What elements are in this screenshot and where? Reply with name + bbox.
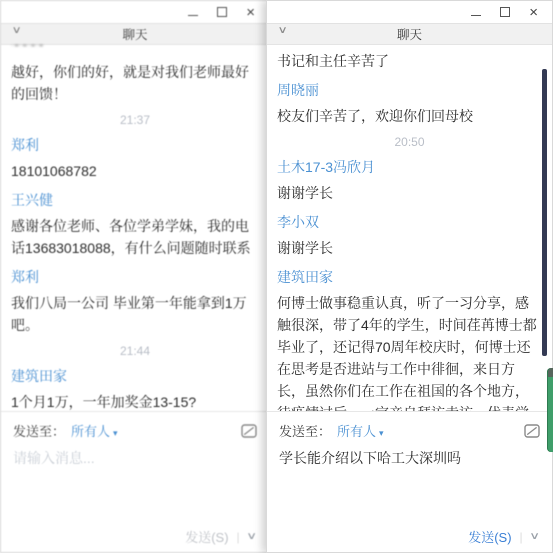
timestamp: 21:37	[11, 113, 259, 127]
send-to-label: 发送至：	[279, 421, 331, 440]
titlebar: ∨ 聊天	[1, 23, 269, 45]
message-text: 我们八局一公司 毕业第一年能拿到1万吧。	[11, 292, 259, 336]
maximize-icon[interactable]	[217, 7, 227, 17]
dropdown-arrow-icon: ▾	[113, 428, 118, 438]
send-divider: |	[237, 530, 240, 544]
message-text: 校友们辛苦了，欢迎你们回母校	[277, 105, 542, 127]
send-options-chevron-icon[interactable]: ∨	[529, 531, 540, 542]
sender-name[interactable]: 李小双	[277, 212, 542, 232]
message-text: 1个月1万，一年加奖金13-15?	[11, 391, 259, 411]
message-input[interactable]: 请输入消息...	[1, 440, 269, 476]
titlebar: ∨ 聊天	[267, 23, 552, 45]
message-text: 感谢各位老师、各位学弟学妹，我的电话13683018088，有什么问题随时联系	[11, 215, 259, 259]
minimize-icon[interactable]	[188, 15, 198, 16]
message-text: 书记和主任辛苦了	[277, 50, 542, 72]
chat-window-right: × ∨ 聊天 书记和主任辛苦了周晓丽校友们辛苦了，欢迎你们回母校20:50土木1…	[266, 0, 553, 553]
message-text: 18101068782	[11, 160, 259, 182]
window-title: 聊天	[397, 25, 422, 43]
message-input[interactable]: 学长能介绍以下哈工大深圳吗	[267, 440, 552, 476]
message-text: 谢谢学长	[277, 182, 542, 204]
send-options-chevron-icon[interactable]: ∨	[246, 531, 257, 542]
close-icon[interactable]: ×	[246, 5, 255, 20]
maximize-icon[interactable]	[500, 7, 510, 17]
dropdown-arrow-icon: ▾	[379, 428, 384, 438]
cutoff-message: ~~ ~ ~~~~~~ ~~~~~~ ~~~~~~ ~~~ ~~~~~~~	[11, 45, 259, 56]
recipient-dropdown[interactable]: 所有人▾	[71, 421, 118, 440]
timestamp: 20:50	[277, 135, 542, 149]
message-text: 越好，你们的好，就是对我们老师最好的回馈！	[11, 61, 259, 105]
window-controls: ×	[267, 1, 552, 23]
sender-name[interactable]: 周晓丽	[277, 80, 542, 100]
close-icon[interactable]: ×	[529, 5, 538, 20]
collapse-chevron-icon[interactable]: ∨	[12, 25, 22, 36]
collapse-chevron-icon[interactable]: ∨	[278, 25, 288, 36]
sender-name[interactable]: 建筑田家	[11, 366, 259, 386]
send-divider: |	[520, 530, 523, 544]
sender-name[interactable]: 建筑田家	[277, 267, 542, 287]
minimize-icon[interactable]	[471, 15, 481, 16]
chat-window-left: × ∨ 聊天 ~~ ~ ~~~~~~ ~~~~~~ ~~~~~~ ~~~ ~~~…	[0, 0, 270, 553]
sender-name[interactable]: 郑利	[11, 267, 259, 287]
sender-name[interactable]: 土木17-3冯欣月	[277, 157, 542, 177]
sender-name[interactable]: 郑利	[11, 135, 259, 155]
composer: 发送至： 所有人▾ 学长能介绍以下哈工大深圳吗 发送(S) | ∨	[267, 411, 552, 552]
timestamp: 21:44	[11, 344, 259, 358]
send-button[interactable]: 发送(S)	[185, 527, 228, 546]
recipient-dropdown[interactable]: 所有人▾	[337, 421, 384, 440]
message-text: 何博士做事稳重认真，听了一习分享，感触很深，带了4年的学生，时间荏苒博士都毕业了…	[277, 292, 542, 411]
message-list[interactable]: ~~ ~ ~~~~~~ ~~~~~~ ~~~~~~ ~~~ ~~~~~~~越好，…	[1, 43, 269, 411]
scrollbar[interactable]	[542, 69, 547, 356]
image-icon[interactable]	[241, 424, 257, 438]
sender-name[interactable]: 王兴健	[11, 190, 259, 210]
window-controls: ×	[1, 1, 269, 23]
send-to-label: 发送至：	[13, 421, 65, 440]
message-list[interactable]: 书记和主任辛苦了周晓丽校友们辛苦了，欢迎你们回母校20:50土木17-3冯欣月谢…	[267, 43, 552, 411]
image-icon[interactable]	[524, 424, 540, 438]
message-text: 谢谢学长	[277, 237, 542, 259]
window-title: 聊天	[122, 25, 147, 43]
composer: 发送至： 所有人▾ 请输入消息... 发送(S) | ∨	[1, 411, 269, 552]
screen-edge-tab[interactable]	[547, 368, 553, 452]
send-button[interactable]: 发送(S)	[468, 527, 511, 546]
